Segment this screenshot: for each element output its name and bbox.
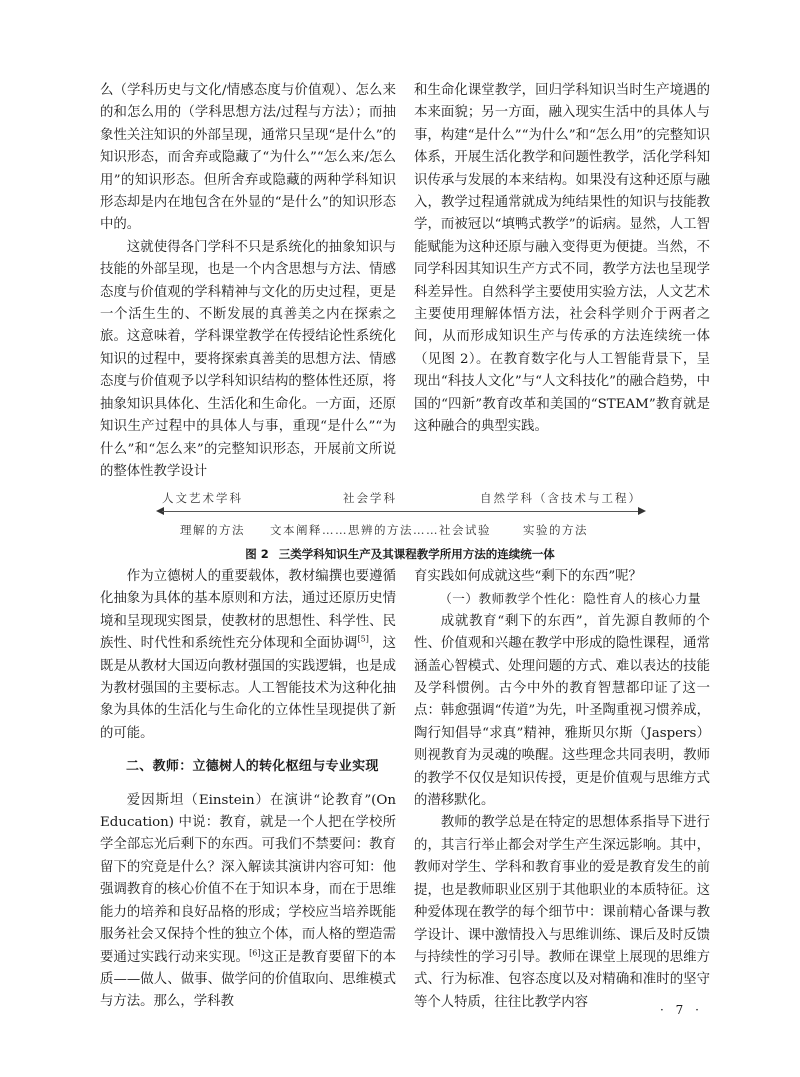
body-paragraph: 育实践如何成就这些“剩下的东西”呢？ [414,566,710,588]
figure-caption: 图 2三类学科知识生产及其课程教学所用方法的连续统一体 [140,546,660,562]
section-heading: 二、教师：立德树人的转化枢纽与专业实现 [100,756,396,778]
figure-label-humanities: 人文艺术学科 [162,490,243,506]
paragraph-text: 爱因斯坦（Einstein）在演讲“论教育”(On Education) 中说：… [100,793,396,965]
body-paragraph: 成就教育“剩下的东西”，首先源自教师的个性、价值观和兴趣在教学中形成的隐性课程，… [414,611,710,813]
column-left-top: 么（学科历史与文化/情感态度与价值观）、怎么来的和怎么用的（学科思想方法/过程与… [100,80,396,483]
column-left-bottom: 作为立德树人的重要载体，教材编撰也要遵循化抽象为具体的基本原则和方法，通过还原历… [100,566,396,1014]
column-right-bottom: 育实践如何成就这些“剩下的东西”呢？ （一）教师教学个性化：隐性育人的核心力量 … [414,566,710,1014]
figure-method-understanding: 理解的方法 [180,522,245,538]
body-paragraph: 这就使得各门学科不只是系统化的抽象知识与技能的外部呈现，也是一个内含思想与方法、… [100,237,396,483]
figure-method-experiment: 实验的方法 [523,522,588,538]
page-number: · 7 · [660,1003,703,1017]
arrow-right-icon [638,507,646,515]
figure-caption-text: 三类学科知识生产及其课程教学所用方法的连续统一体 [279,547,555,561]
paragraph-text: ，这既是从教材大国迈向教材强国的实践逻辑，也是成为教材强国的主要标志。人工智能技… [100,636,396,741]
column-right-top: 和生命化课堂教学，回归学科知识当时生产境遇的本来面貌；另一方面，融入现实生活中的… [414,80,710,439]
figure-method-continuum: 文本阐释……思辨的方法……社会试验 [270,522,491,538]
body-paragraph: 爱因斯坦（Einstein）在演讲“论教育”(On Education) 中说：… [100,790,396,1014]
citation-ref: [6] [249,948,260,957]
subsection-heading: （一）教师教学个性化：隐性育人的核心力量 [414,588,710,610]
body-paragraph: 和生命化课堂教学，回归学科知识当时生产境遇的本来面貌；另一方面，融入现实生活中的… [414,80,710,439]
figure-caption-number: 图 2 [245,547,269,561]
figure-label-social-sciences: 社会学科 [343,490,397,506]
body-paragraph: 作为立德树人的重要载体，教材编撰也要遵循化抽象为具体的基本原则和方法，通过还原历… [100,566,396,745]
figure-label-natural-sciences: 自然学科（含技术与工程） [480,490,642,506]
continuum-axis [162,511,640,512]
citation-ref: [5] [358,635,369,644]
figure-2: 人文艺术学科 社会学科 自然学科（含技术与工程） 理解的方法 文本阐释……思辨的… [140,484,680,564]
paragraph-text: 作为立德树人的重要载体，教材编撰也要遵循化抽象为具体的基本原则和方法，通过还原历… [100,569,396,651]
body-paragraph: 么（学科历史与文化/情感态度与价值观）、怎么来的和怎么用的（学科思想方法/过程与… [100,80,396,237]
body-paragraph: 教师的教学总是在特定的思想体系指导下进行的，其言行举止都会对学生产生深远影响。其… [414,812,710,1014]
